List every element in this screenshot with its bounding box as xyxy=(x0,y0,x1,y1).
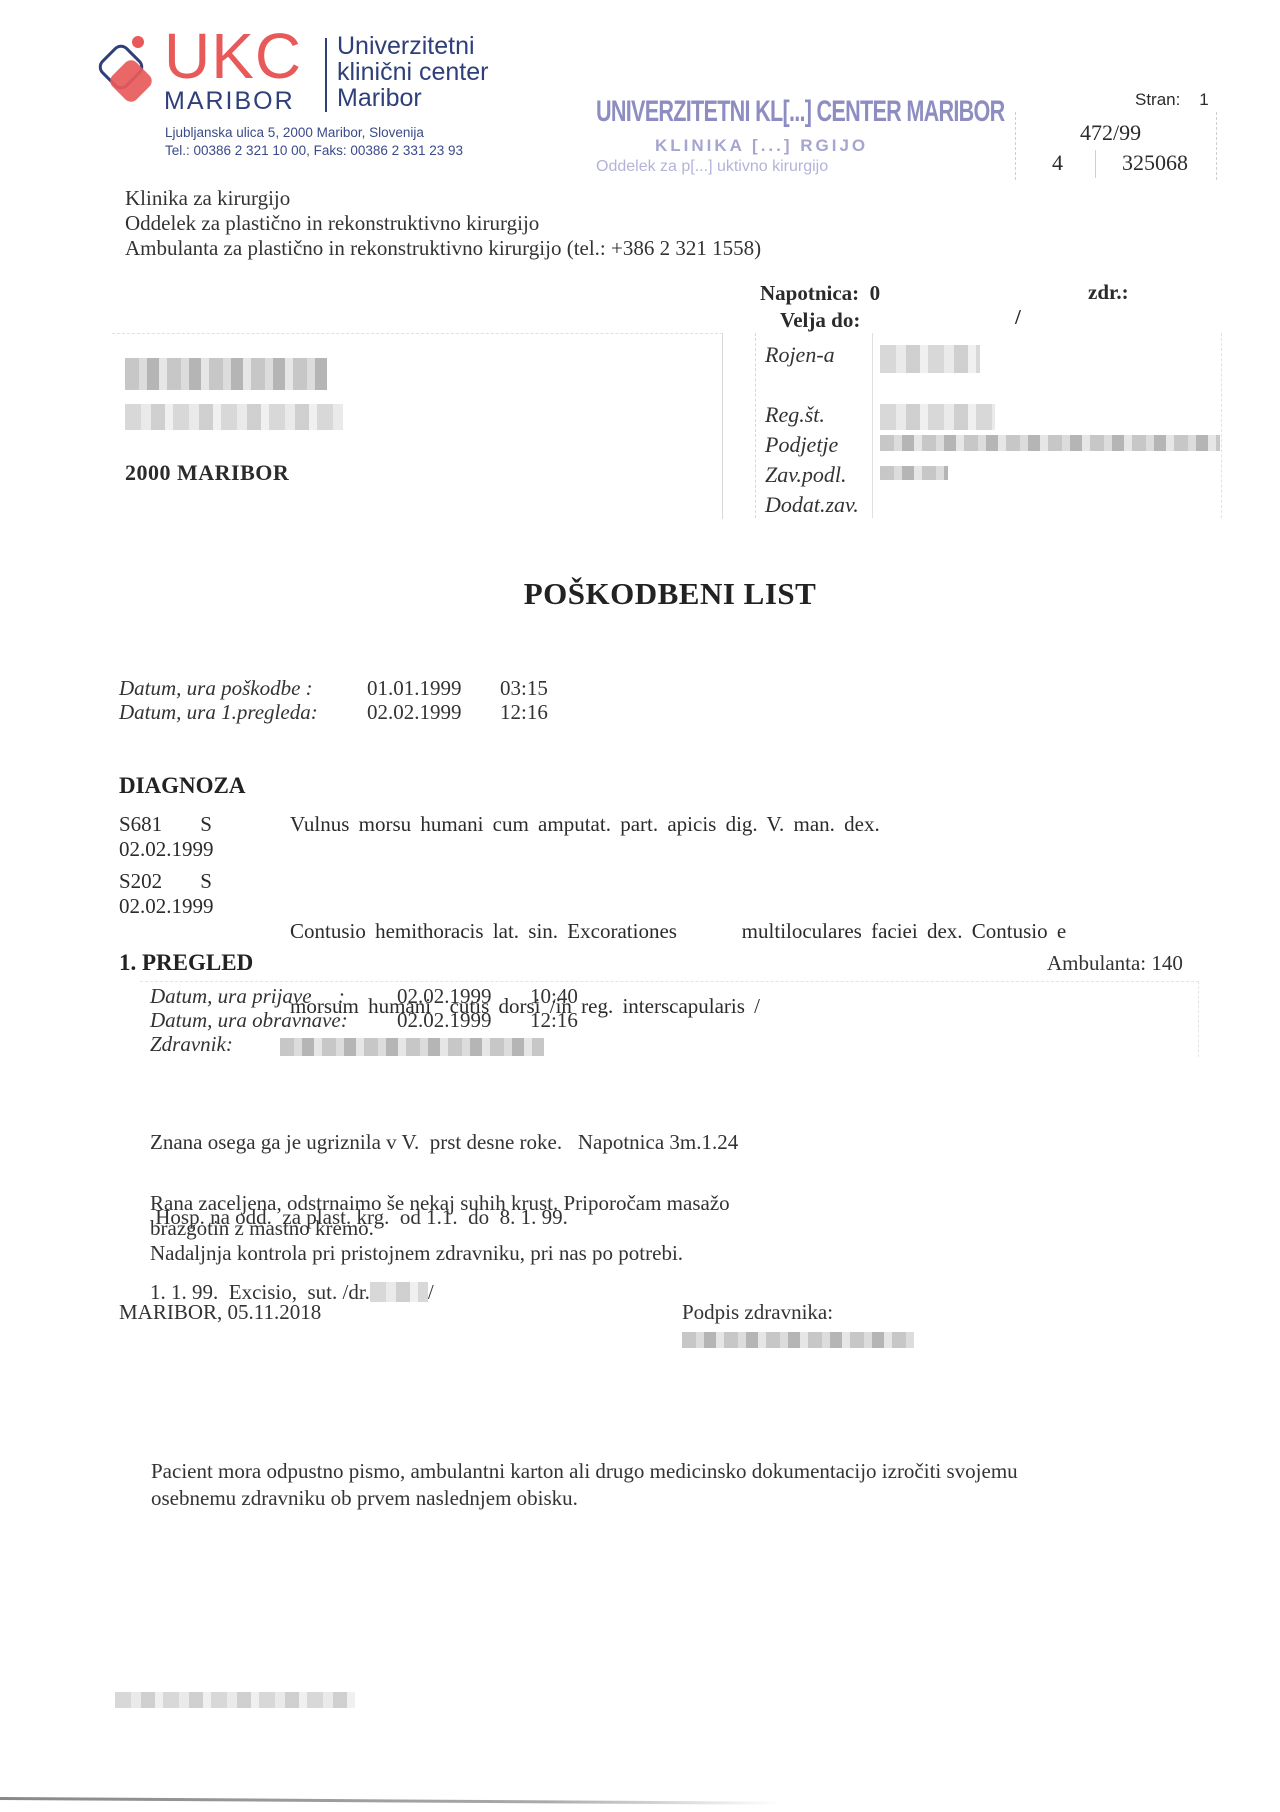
field-label-additional: Dodat.zav. xyxy=(765,492,859,518)
doctor-label: Zdravnik: xyxy=(150,1032,233,1057)
patient-street-redacted xyxy=(125,404,343,430)
field-value-company-redacted xyxy=(880,435,1220,451)
exam-heading: 1. PREGLED xyxy=(119,950,253,976)
stamp-line-1: UNIVERZITETNI KL[...] CENTER MARIBOR xyxy=(596,96,1004,128)
treatment-time: 12:16 xyxy=(530,1008,578,1033)
footer-note: Pacient mora odpustno pismo, ambulantni … xyxy=(151,1458,1151,1512)
diag-text-line: Contusio hemithoracis lat. sin. Excorati… xyxy=(290,919,1066,944)
registration-date: 02.02.1999 xyxy=(397,984,492,1009)
place-date: MARIBOR, 05.11.2018 xyxy=(119,1300,321,1325)
field-label-company: Podjetje xyxy=(765,432,838,458)
field-value-born-redacted xyxy=(880,345,980,373)
clinic-line: Klinika za kirurgijo xyxy=(125,186,761,211)
note-line: Rana zaceljena, odstrnaimo še nekaj suhi… xyxy=(150,1191,730,1216)
injury-date: 01.01.1999 xyxy=(367,676,462,701)
referral-block: Napotnica: 0 Velja do: xyxy=(760,280,880,334)
diag-date: 02.02.1999 xyxy=(119,894,214,919)
field-label-insurance: Zav.podl. xyxy=(765,462,846,488)
logo-name-line: Maribor xyxy=(337,85,488,111)
footer-note-line: Pacient mora odpustno pismo, ambulantni … xyxy=(151,1458,1151,1485)
napotnica-label: Napotnica: xyxy=(760,281,859,305)
diagnosis-code: S202S 02.02.1999 xyxy=(119,869,214,919)
footer-note-line: osebnemu zdravniku ob prvem naslednjem o… xyxy=(151,1485,1151,1512)
logo-name-line: klinični center xyxy=(337,59,488,85)
patient-city: 2000 MARIBOR xyxy=(125,460,289,486)
note-line: Nadaljnja kontrola pri pristojnem zdravn… xyxy=(150,1241,730,1266)
logo-name: Univerzitetni klinični center Maribor xyxy=(337,33,488,111)
page-number: 1 xyxy=(1199,90,1208,109)
doctor-name-redacted xyxy=(280,1038,544,1056)
clinic-line: Oddelek za plastično in rekonstruktivno … xyxy=(125,211,761,236)
diag-date: 02.02.1999 xyxy=(119,837,214,862)
field-label-reg: Reg.št. xyxy=(765,402,825,428)
logo-divider xyxy=(325,38,327,112)
registration-time: 10:40 xyxy=(530,984,578,1009)
first-exam-time: 12:16 xyxy=(500,700,548,725)
logo-name-line: Univerzitetni xyxy=(337,33,488,59)
page-indicator: Stran: 1 xyxy=(1135,90,1209,110)
case-code-a: 4 xyxy=(1052,150,1063,176)
registration-label: Datum, ura prijave : xyxy=(150,984,345,1009)
clinic-info: Klinika za kirurgijo Oddelek za plastičn… xyxy=(125,186,761,261)
first-exam-date: 02.02.1999 xyxy=(367,700,462,725)
case-number: 472/99 xyxy=(1080,120,1141,146)
ukc-logo-icon xyxy=(94,32,158,112)
stamp-line-3: Oddelek za p[...] uktivno kirurgijo xyxy=(596,158,828,176)
signature-redacted xyxy=(682,1332,914,1348)
logo-abbr: UKC xyxy=(164,24,302,88)
note-line: Znana osega ga je ugriznila v V. prst de… xyxy=(150,1130,738,1155)
diag-type: S xyxy=(200,812,212,836)
hospital-address: Ljubljanska ulica 5, 2000 Maribor, Slove… xyxy=(165,124,463,142)
note-line: brazgotin z mastno kremo. xyxy=(150,1216,730,1241)
injury-datetime-label: Datum, ura poškodbe : xyxy=(119,676,313,701)
napotnica-value: 0 xyxy=(870,281,881,305)
diagnosis-text: Vulnus morsu humani cum amputat. part. a… xyxy=(290,812,880,837)
patient-info-divider xyxy=(872,333,873,518)
stamp-line-2: KLINIKA [...] RGIJO xyxy=(655,136,868,156)
diagnosis-heading: DIAGNOZA xyxy=(119,773,246,799)
page-edge-line xyxy=(0,1797,780,1805)
signature-label: Podpis zdravnika: xyxy=(682,1300,833,1325)
bottom-code-redacted xyxy=(115,1692,355,1708)
logo-city: MARIBOR xyxy=(164,88,295,114)
patient-name-redacted xyxy=(125,358,327,390)
velja-value: / xyxy=(1015,305,1021,330)
case-code-b: 325068 xyxy=(1122,150,1188,176)
note-suffix: / xyxy=(428,1280,434,1304)
surgeon-name-redacted xyxy=(370,1282,428,1302)
diag-code: S202 xyxy=(119,869,162,893)
ambulanta-number: Ambulanta: 140 xyxy=(1047,951,1183,976)
hospital-phone: Tel.: 00386 2 321 10 00, Faks: 00386 2 3… xyxy=(165,142,463,160)
hospital-contact: Ljubljanska ulica 5, 2000 Maribor, Slove… xyxy=(165,124,463,160)
clinic-line: Ambulanta za plastično in rekonstruktivn… xyxy=(125,236,761,261)
field-value-reg-redacted xyxy=(880,404,995,430)
velja-label: Velja do: xyxy=(780,308,860,332)
field-value-insurance-redacted xyxy=(880,466,948,480)
document-title: POŠKODBENI LIST xyxy=(0,576,1280,612)
diagnosis-code: S681S 02.02.1999 xyxy=(119,812,214,862)
diag-type: S xyxy=(200,869,212,893)
field-label-born: Rojen-a xyxy=(765,342,835,368)
injury-time: 03:15 xyxy=(500,676,548,701)
treatment-label: Datum, ura obravnave: xyxy=(150,1008,348,1033)
exam-notes-2: Rana zaceljena, odstrnaimo še nekaj suhi… xyxy=(150,1191,730,1266)
case-divider xyxy=(1095,150,1096,178)
treatment-date: 02.02.1999 xyxy=(397,1008,492,1033)
page-label: Stran: xyxy=(1135,90,1180,109)
diag-code: S681 xyxy=(119,812,162,836)
first-exam-label: Datum, ura 1.pregleda: xyxy=(119,700,318,725)
zdr-label: zdr.: xyxy=(1088,280,1129,305)
